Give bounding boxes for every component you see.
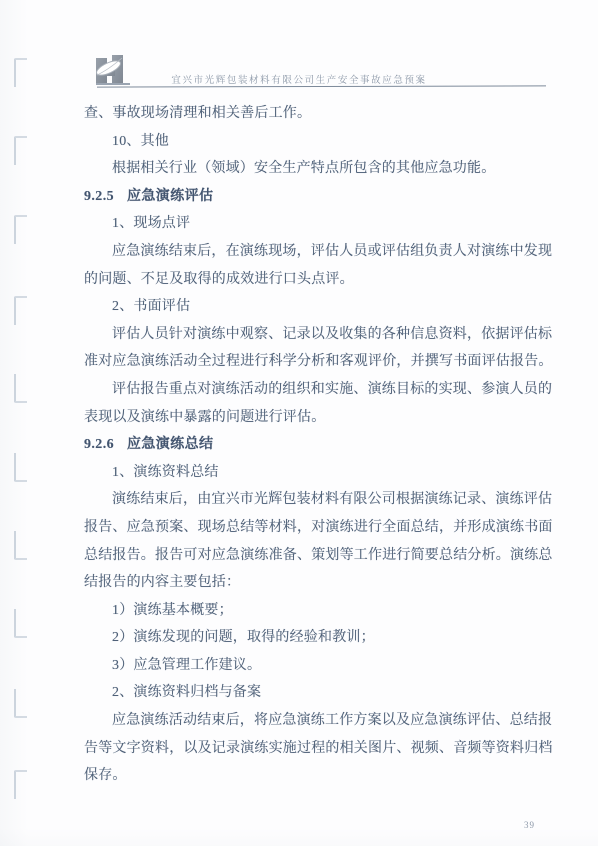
text-line: 2）演练发现的问题，取得的经验和教训； <box>84 624 550 652</box>
section-heading: 9.2.5应急演练评估 <box>84 183 550 211</box>
text-line: 保存。 <box>84 762 550 790</box>
binding-mark <box>14 136 27 165</box>
section-number: 9.2.6 <box>84 437 114 452</box>
binding-mark <box>14 374 27 403</box>
text-line: 总结报告。报告可对应急演练准备、策划等工作进行简要总结分析。演练总 <box>84 542 550 570</box>
page-number: 39 <box>524 820 535 830</box>
text-line: 查、事故现场清理和相关善后工作。 <box>84 100 550 128</box>
text-line: 报告、应急预案、现场总结等材料，对演练进行全面总结，并形成演练书面 <box>84 514 550 542</box>
section-number: 9.2.5 <box>84 189 114 204</box>
binding-mark <box>14 689 27 718</box>
header-rule-logo-segment <box>96 83 130 85</box>
binding-mark <box>14 296 27 325</box>
section-title: 应急演练评估 <box>127 189 213 204</box>
document-page: 宜兴市光辉包装材料有限公司生产安全事故应急预案 查、事故现场清理和相关善后工作。… <box>0 0 598 846</box>
text-line: 准对应急演练活动全过程进行科学分析和客观评价，并撰写书面评估报告。 <box>84 348 550 376</box>
text-line: 评估人员针对演练中观察、记录以及收集的各种信息资料，依据评估标 <box>84 321 550 349</box>
text-line: 1、演练资料总结 <box>84 459 550 487</box>
header-rule <box>97 85 546 87</box>
text-line: 1）演练基本概要； <box>84 597 550 625</box>
text-line: 2、演练资料归档与备案 <box>84 679 550 707</box>
text-line: 的问题、不足及取得的成效进行口头点评。 <box>84 266 550 294</box>
text-line: 根据相关行业（领域）安全生产特点所包含的其他应急功能。 <box>84 155 550 183</box>
binding-mark <box>14 770 27 799</box>
binding-mark <box>14 531 27 560</box>
text-line: 结报告的内容主要包括： <box>84 569 550 597</box>
header-document-title: 宜兴市光辉包装材料有限公司生产安全事故应急预案 <box>0 72 598 86</box>
text-line: 告等文字资料，以及记录演练实施过程的相关图片、视频、音频等资料归档 <box>84 735 550 763</box>
binding-mark <box>14 453 27 482</box>
text-line: 10、其他 <box>84 128 550 156</box>
text-line: 评估报告重点对演练活动的组织和实施、演练目标的实现、参演人员的 <box>84 376 550 404</box>
section-title: 应急演练总结 <box>127 437 213 452</box>
text-line: 表现以及演练中暴露的问题进行评估。 <box>84 404 550 432</box>
text-line: 2、书面评估 <box>84 293 550 321</box>
text-line: 应急演练结束后，在演练现场，评估人员或评估组负责人对演练中发现 <box>84 238 550 266</box>
text-line: 演练结束后，由宜兴市光辉包装材料有限公司根据演练记录、演练评估 <box>84 486 550 514</box>
text-line: 应急演练活动结束后，将应急演练工作方案以及应急演练评估、总结报 <box>84 707 550 735</box>
binding-mark <box>14 215 27 244</box>
text-line: 1、现场点评 <box>84 210 550 238</box>
section-heading: 9.2.6应急演练总结 <box>84 431 550 459</box>
document-body: 查、事故现场清理和相关善后工作。10、其他根据相关行业（领域）安全生产特点所包含… <box>84 100 550 790</box>
text-line: 3）应急管理工作建议。 <box>84 652 550 680</box>
binding-mark <box>14 609 27 638</box>
